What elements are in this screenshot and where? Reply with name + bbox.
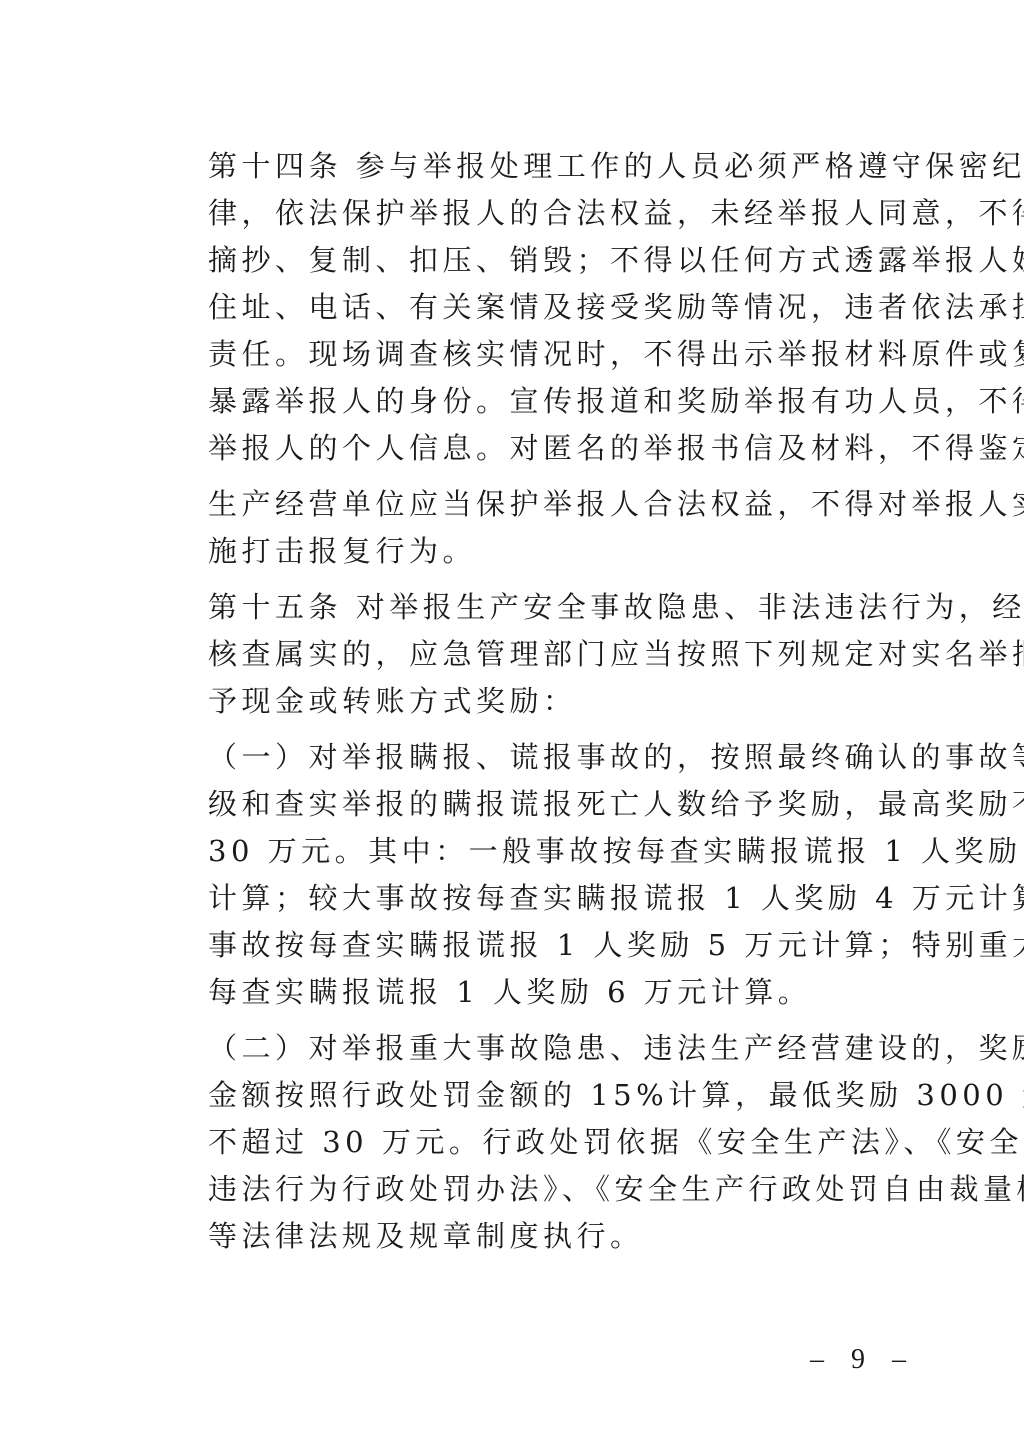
paragraph-article-14: 第十四条 参与举报处理工作的人员必须严格遵守保密纪 律，依法保护举报人的合法权益… bbox=[146, 143, 882, 472]
text-line: 律，依法保护举报人的合法权益，未经举报人同意，不得私自 bbox=[146, 190, 882, 237]
document-body: 第十四条 参与举报处理工作的人员必须严格遵守保密纪 律，依法保护举报人的合法权益… bbox=[146, 143, 882, 1260]
text-line: 事故按每查实瞒报谎报 1 人奖励 5 万元计算；特别重大事故按 bbox=[146, 922, 882, 969]
text-line: 金额按照行政处罚金额的 15%计算，最低奖励 3000 元，最高 bbox=[146, 1072, 882, 1119]
text-line: 违法行为行政处罚办法》、《安全生产行政处罚自由裁量标准》 bbox=[146, 1166, 882, 1213]
text-line: 不超过 30 万元。行政处罚依据《安全生产法》、《安全生产 bbox=[146, 1119, 882, 1166]
text-line: 第十四条 参与举报处理工作的人员必须严格遵守保密纪 bbox=[146, 143, 882, 190]
text-line: 第十五条 对举报生产安全事故隐患、非法违法行为，经 bbox=[146, 584, 882, 631]
text-line: 暴露举报人的身份。宣传报道和奖励举报有功人员，不得公开 bbox=[146, 378, 882, 425]
text-line: 施打击报复行为。 bbox=[146, 528, 882, 575]
text-line: 每查实瞒报谎报 1 人奖励 6 万元计算。 bbox=[146, 969, 882, 1016]
text-line: 生产经营单位应当保护举报人合法权益，不得对举报人实 bbox=[146, 481, 882, 528]
text-line: 住址、电话、有关案情及接受奖励等情况，违者依法承担相应 bbox=[146, 284, 882, 331]
text-line: 等法律法规及规章制度执行。 bbox=[146, 1213, 882, 1260]
text-line: （一）对举报瞒报、谎报事故的，按照最终确认的事故等 bbox=[146, 734, 882, 781]
text-line: 责任。现场调查核实情况时，不得出示举报材料原件或复印件， bbox=[146, 331, 882, 378]
text-line: 计算；较大事故按每查实瞒报谎报 1 人奖励 4 万元计算；重大 bbox=[146, 875, 882, 922]
text-line: 摘抄、复制、扣压、销毁；不得以任何方式透露举报人姓名、 bbox=[146, 237, 882, 284]
paragraph-article-15: 第十五条 对举报生产安全事故隐患、非法违法行为，经 核查属实的，应急管理部门应当… bbox=[146, 584, 882, 725]
text-line: 30 万元。其中：一般事故按每查实瞒报谎报 1 人奖励 3 万元 bbox=[146, 828, 882, 875]
paragraph-article-15-item-1: （一）对举报瞒报、谎报事故的，按照最终确认的事故等 级和查实举报的瞒报谎报死亡人… bbox=[146, 734, 882, 1016]
text-line: 核查属实的，应急管理部门应当按照下列规定对实名举报人给 bbox=[146, 631, 882, 678]
text-line: 级和查实举报的瞒报谎报死亡人数给予奖励，最高奖励不超过 bbox=[146, 781, 882, 828]
text-line: 举报人的个人信息。对匿名的举报书信及材料，不得鉴定笔迹。 bbox=[146, 425, 882, 472]
document-page: 第十四条 参与举报处理工作的人员必须严格遵守保密纪 律，依法保护举报人的合法权益… bbox=[0, 0, 1024, 1448]
text-line: （二）对举报重大事故隐患、违法生产经营建设的，奖励 bbox=[146, 1025, 882, 1072]
paragraph-article-15-item-2: （二）对举报重大事故隐患、违法生产经营建设的，奖励 金额按照行政处罚金额的 15… bbox=[146, 1025, 882, 1260]
paragraph-article-14-para-2: 生产经营单位应当保护举报人合法权益，不得对举报人实 施打击报复行为。 bbox=[146, 481, 882, 575]
text-line: 予现金或转账方式奖励： bbox=[146, 678, 882, 725]
page-number: – 9 – bbox=[810, 1344, 916, 1376]
